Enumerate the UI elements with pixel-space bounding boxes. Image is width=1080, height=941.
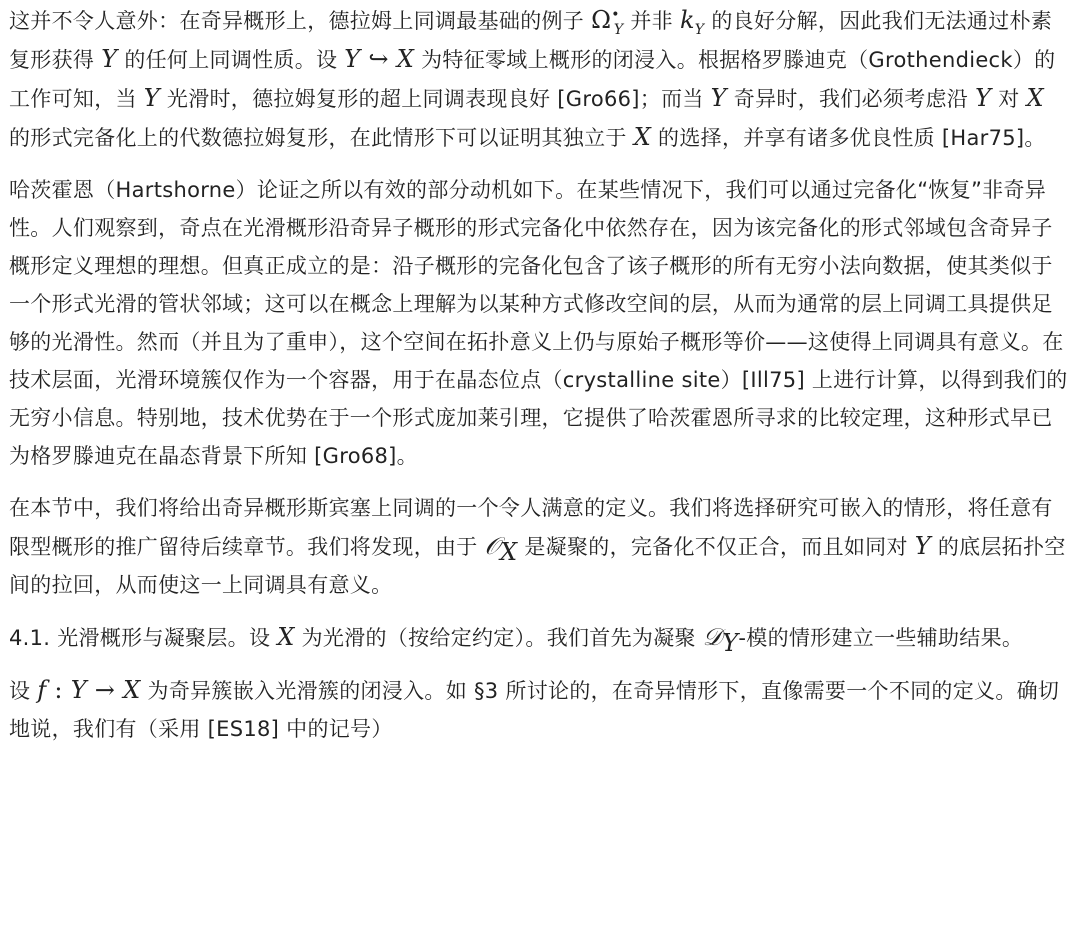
paragraph-closed-immersion: 设 f : Y → X 为奇异簇嵌入光滑簇的闭浸入。如 §3 所讨论的，在奇异情…: [9, 671, 1070, 748]
paragraph-subsection-4-1: 4.1. 光滑概形与凝聚层。设 X 为光滑的（按给定约定）。我们首先为凝聚 𝒟Y…: [9, 618, 1070, 657]
paragraph-hartshorne-motivation: 哈茨霍恩（Hartshorne）论证之所以有效的部分动机如下。在某些情况下，我们…: [9, 171, 1070, 475]
math-D-module: 𝒟Y: [703, 623, 739, 651]
math-omega: Ω•Y: [591, 6, 623, 34]
paragraph-intro: 这并不令人意外：在奇异概形上，德拉姆上同调最基础的例子 Ω•Y 并非 kY 的良…: [9, 1, 1070, 157]
math-hook-arrow: ↪: [360, 45, 396, 73]
math-k: kY: [680, 6, 704, 34]
math-arrow: →: [87, 676, 123, 704]
math-structure-sheaf: 𝒪X: [485, 532, 518, 560]
paragraph-section-overview: 在本节中，我们将给出奇异概形斯宾塞上同调的一个令人满意的定义。我们将选择研究可嵌…: [9, 489, 1070, 604]
subsection-heading: 4.1. 光滑概形与凝聚层。设: [9, 626, 277, 650]
math-Y: Y: [101, 45, 117, 73]
document-page: 这并不令人意外：在奇异概形上，德拉姆上同调最基础的例子 Ω•Y 并非 kY 的良…: [0, 0, 1080, 748]
